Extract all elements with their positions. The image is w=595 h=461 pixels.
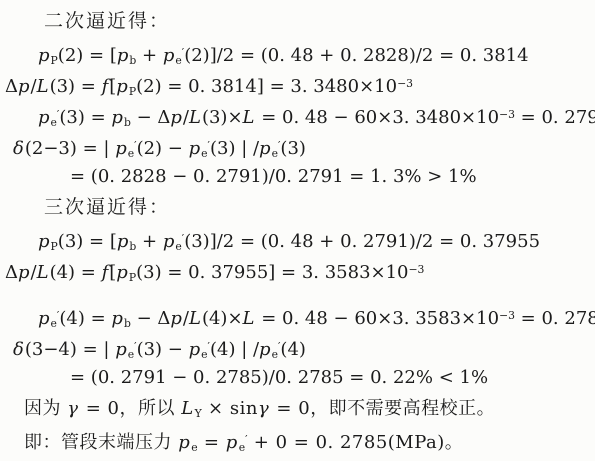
math-superscript: −3	[397, 77, 413, 90]
math-variable: p	[189, 339, 202, 360]
math-variable: p	[189, 138, 202, 159]
math-text: (3) −	[137, 339, 189, 360]
math-variable: p	[115, 339, 128, 360]
math-variable: γ	[258, 398, 270, 419]
math-variable: δ	[13, 138, 25, 159]
math-text: = 0. 2785	[515, 308, 595, 329]
math-variable: p	[38, 45, 51, 66]
cjk-text: ，所以	[119, 398, 181, 419]
formula-delta-2-3-continued: = (0. 2828 − 0. 2791)/0. 2791 = 1. 3% > …	[0, 161, 595, 192]
math-text: (2) −	[137, 138, 189, 159]
math-text: (3) | /	[210, 138, 259, 159]
math-text: = 0. 48 − 60×3. 3583×10	[256, 308, 500, 329]
math-text: (4)	[280, 339, 306, 360]
heading-second-iteration: 二次逼近得：	[0, 6, 595, 37]
math-text: (3) =	[50, 76, 102, 97]
math-text: (3) = [	[58, 231, 117, 252]
cjk-text: 二次逼近得：	[44, 10, 170, 32]
math-text: (3)]/2 = (0. 48 + 0. 2791)/2 = 0. 37955	[184, 231, 540, 252]
formula-delta-2-3: δ(2−3) = | pe′(2) − pe′(3) | /pe′(3)	[0, 130, 595, 161]
math-subscript: P	[129, 85, 136, 98]
math-text: (3)×	[202, 107, 243, 128]
math-text: = 0	[270, 398, 310, 419]
formula-dpl3: Δp/L(3) = f[pP(2) = 0. 3814] = 3. 3480×1…	[0, 68, 595, 99]
math-subscript: b	[124, 317, 131, 330]
math-variable: p	[38, 308, 51, 329]
math-text: +	[136, 231, 163, 252]
text-elevation-correction: 因为 γ = 0，所以 LY × sinγ = 0，即不需要高程校正。	[0, 393, 595, 424]
math-text: = 0. 2791	[515, 107, 595, 128]
math-text: + 0 = 0. 2785(MPa)	[248, 432, 445, 453]
math-variable: p	[163, 45, 176, 66]
cjk-text: 三次逼近得：	[44, 196, 170, 218]
math-text: (2) = [	[58, 45, 117, 66]
formula-pp3: pP(3) = [pb + pe′(3)]/2 = (0. 48 + 0. 27…	[0, 223, 595, 254]
math-variable: p	[18, 76, 31, 97]
formula-pp2: pP(2) = [pb + pe′(2)]/2 = (0. 48 + 0. 28…	[0, 37, 595, 68]
cjk-text: 。	[445, 432, 464, 453]
math-variable: p	[259, 138, 272, 159]
math-subscript: P	[51, 240, 58, 253]
math-text: (4) =	[50, 262, 102, 283]
math-text: /	[31, 262, 37, 283]
document: 二次逼近得：pP(2) = [pb + pe′(2)]/2 = (0. 48 +…	[0, 0, 595, 455]
math-variable: p	[178, 432, 191, 453]
formula-pe3: pe′(3) = pb − Δp/L(3)×L = 0. 48 − 60×3. …	[0, 99, 595, 130]
math-variable: p	[170, 308, 183, 329]
math-text: = 0	[80, 398, 120, 419]
math-variable: p	[116, 76, 129, 97]
math-variable: L	[243, 308, 256, 329]
math-text: (2)]/2 = (0. 48 + 0. 2828)/2 = 0. 3814	[184, 45, 528, 66]
formula-pe4: pe′(4) = pb − Δp/L(4)×L = 0. 48 − 60×3. …	[0, 300, 595, 331]
math-variable: p	[18, 262, 31, 283]
math-text: = (0. 2828 − 0. 2791)/0. 2791 = 1. 3% > …	[70, 166, 477, 187]
math-text: (3)	[280, 138, 306, 159]
math-text: = (0. 2791 − 0. 2785)/0. 2785 = 0. 22% <…	[70, 367, 488, 388]
math-variable: γ	[67, 398, 79, 419]
math-variable: p	[115, 138, 128, 159]
math-text: (3) = 0. 37955] = 3. 3583×10	[136, 262, 408, 283]
math-text: /	[31, 76, 37, 97]
math-subscript: P	[51, 54, 58, 67]
math-superscript: −3	[499, 108, 515, 121]
math-superscript: −3	[409, 263, 425, 276]
math-text: × sin	[202, 398, 258, 419]
math-variable: p	[111, 308, 124, 329]
math-variable: L	[37, 262, 50, 283]
math-variable: p	[116, 262, 129, 283]
math-text: =	[198, 432, 226, 453]
math-variable: p	[163, 231, 176, 252]
math-text: = 0. 48 − 60×3. 3480×10	[256, 107, 500, 128]
cjk-text: 因为	[24, 398, 67, 419]
math-variable: L	[37, 76, 50, 97]
math-superscript: −3	[499, 309, 515, 322]
page: 二次逼近得：pP(2) = [pb + pe′(2)]/2 = (0. 48 +…	[0, 0, 595, 461]
math-variable: p	[38, 107, 51, 128]
math-variable: δ	[13, 339, 25, 360]
math-variable: p	[117, 45, 130, 66]
math-text: (4) =	[59, 308, 111, 329]
math-text: +	[136, 45, 163, 66]
math-subscript: b	[124, 116, 131, 129]
math-text: (2−3) = |	[25, 138, 115, 159]
math-variable: p	[226, 432, 239, 453]
cjk-text: ，即不需要高程校正。	[310, 398, 495, 419]
cjk-text: 即：管段末端压力	[24, 432, 178, 453]
math-variable: L	[181, 398, 194, 419]
math-variable: p	[259, 339, 272, 360]
math-text: (4)×	[202, 308, 243, 329]
math-text: − Δ	[131, 107, 171, 128]
math-variable: L	[243, 107, 256, 128]
text-final-pressure: 即：管段末端压力 pe = pe′ + 0 = 0. 2785(MPa)。	[0, 424, 595, 455]
math-text: − Δ	[131, 308, 171, 329]
math-subscript: Y	[195, 407, 202, 420]
math-text: (3−4) = |	[25, 339, 115, 360]
math-subscript: P	[129, 271, 136, 284]
math-text: (4) | /	[210, 339, 259, 360]
math-text: Δ	[5, 262, 18, 283]
math-text: (3) =	[59, 107, 111, 128]
math-text: Δ	[5, 76, 18, 97]
math-variable: L	[189, 308, 202, 329]
math-variable: p	[38, 231, 51, 252]
math-variable: L	[189, 107, 202, 128]
formula-delta-3-4: δ(3−4) = | pe′(3) − pe′(4) | /pe′(4)	[0, 331, 595, 362]
formula-dpl4: Δp/L(4) = f[pP(3) = 0. 37955] = 3. 3583×…	[0, 254, 595, 285]
math-text: (2) = 0. 3814] = 3. 3480×10	[136, 76, 397, 97]
heading-third-iteration: 三次逼近得：	[0, 192, 595, 223]
math-variable: p	[170, 107, 183, 128]
math-variable: p	[111, 107, 124, 128]
formula-delta-3-4-continued: = (0. 2791 − 0. 2785)/0. 2785 = 0. 22% <…	[0, 362, 595, 393]
math-variable: p	[117, 231, 130, 252]
